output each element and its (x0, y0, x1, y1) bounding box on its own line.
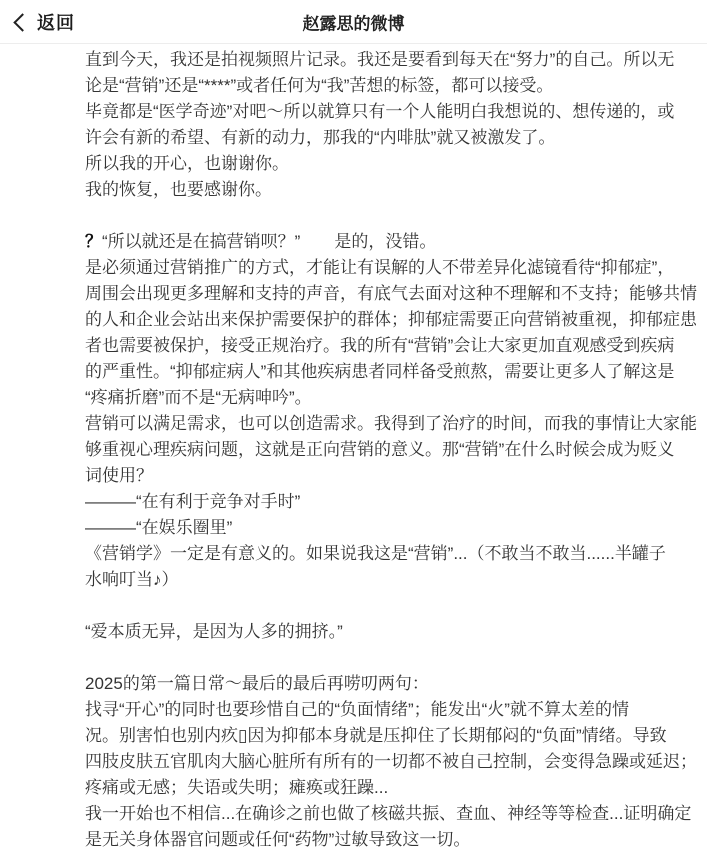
post-line: “疼痛折磨”而不是“无病呻吟”。 (85, 385, 699, 411)
post-line: 是必须通过营销推广的方式，才能让有误解的人不带差异化滤镜看待“抑郁症”， (85, 255, 699, 281)
back-button-label: 返回 (37, 9, 75, 35)
post-line: 水响叮当♪） (85, 567, 699, 593)
post-line: 词使用？ (85, 463, 699, 489)
post-line: 2025的第一篇日常～最后的最后再唠叨两句： (85, 671, 699, 697)
post-line: 《营销学》一定是有意义的。如果说我这是“营销”...（不敢当不敢当......半… (85, 541, 699, 567)
post-line: 许会有新的希望、有新的动力，那我的“内啡肽”就又被激发了。 (85, 125, 699, 151)
post-line: 找寻“开心”的同时也要珍惜自己的“负面情绪”；能发出“火”就不算太差的情 (85, 697, 699, 723)
chevron-left-icon (13, 13, 31, 31)
post-line: ———“在有利于竞争对手时” (85, 489, 699, 515)
post-line: ？“所以就还是在搞营销呗？” 是的，没错。 (85, 229, 699, 255)
post-line: 的严重性。“抑郁症病人”和其他疾病患者同样备受煎熬，需要让更多人了解这是 (85, 359, 699, 385)
post-line: ———“在娱乐圈里” (85, 515, 699, 541)
post-line: 况。别害怕也别内疚▯因为抑郁本身就是压抑住了长期郁闷的“负面”情绪。导致 (85, 723, 699, 749)
post-line: 是无关身体器官问题或任何“药物”过敏导致这一切。 (85, 827, 699, 853)
back-button[interactable]: 返回 (16, 9, 75, 35)
post-line: 营销可以满足需求，也可以创造需求。我得到了治疗的时间，而我的事情让大家能 (85, 411, 699, 437)
post-line: 疼痛或无感；失语或失明；瘫痪或狂躁... (85, 775, 699, 801)
post-line: 毕竟都是“医学奇迹”对吧～所以就算只有一个人能明白我想说的、想传递的，或 (85, 99, 699, 125)
post-line: 的人和企业会站出来保护需要保护的群体；抑郁症需要正向营销被重视，抑郁症患 (85, 307, 699, 333)
page-title: 赵露思的微博 (303, 9, 405, 34)
post-line (85, 593, 699, 619)
post-body: 直到今天，我还是拍视频照片记录。我还是要看到每天在“努力”的自己。所以无论是“营… (0, 44, 707, 853)
post-line: 够重视心理疾病问题，这就是正向营销的意义。那“营销”在什么时候会成为贬义 (85, 437, 699, 463)
post-line (85, 645, 699, 671)
post-line: 直到今天，我还是拍视频照片记录。我还是要看到每天在“努力”的自己。所以无 (85, 47, 699, 73)
post-line: 我一开始也不相信...在确诊之前也做了核磁共振、查血、神经等等检查...证明确定 (85, 801, 699, 827)
post-line: “爱本质无异，是因为人多的拥挤。” (85, 619, 699, 645)
weibo-article-screen: 返回 赵露思的微博 直到今天，我还是拍视频照片记录。我还是要看到每天在“努力”的… (0, 0, 707, 865)
post-line: 所以我的开心，也谢谢你。 (85, 151, 699, 177)
post-line: 四肢皮肤五官肌肉大脑心脏所有所有的一切都不被自己控制，会变得急躁或延迟； (85, 749, 699, 775)
navbar: 返回 赵露思的微博 (0, 0, 707, 44)
post-line: 者也需要被保护，接受正规治疗。我的所有“营销”会让大家更加直观感受到疾病 (85, 333, 699, 359)
post-line: 周围会出现更多理解和支持的声音，有底气去面对这种不理解和不支持；能够共情 (85, 281, 699, 307)
post-line: 论是“营销”还是“****”或者任何为“我”苦想的标签，都可以接受。 (85, 73, 699, 99)
post-line: 我的恢复，也要感谢你。 (85, 177, 699, 203)
post-line (85, 203, 699, 229)
